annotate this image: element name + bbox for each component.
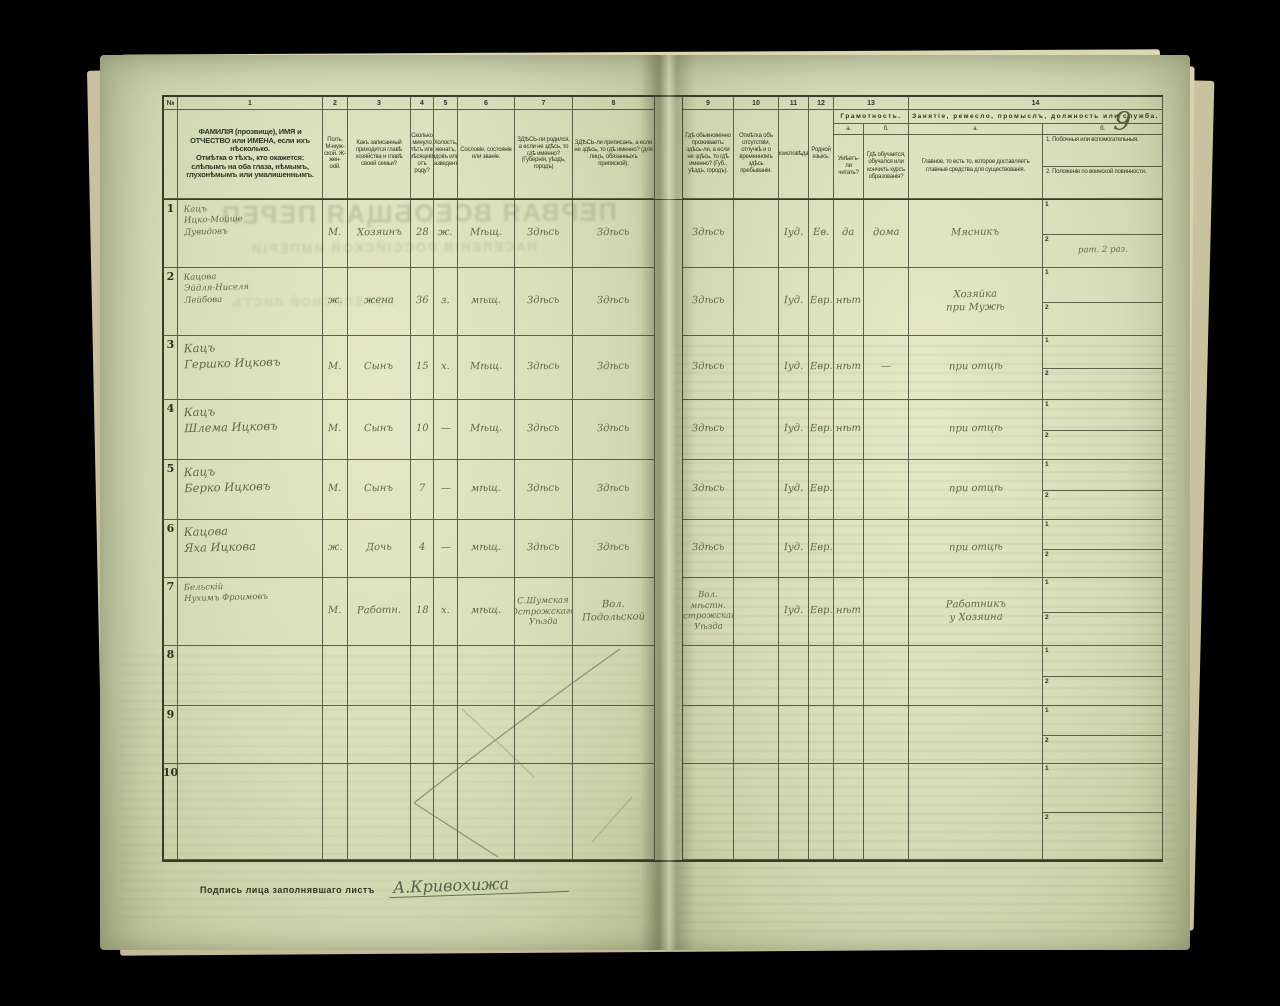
handwritten-entry: дома (873, 227, 900, 240)
table-row: 3Кацъ Гершко ИцковъМ.Сынъ15х.Мѣщ.ЗдѣсьЗд… (162, 336, 1163, 400)
cell-row-number: 1 (162, 200, 178, 268)
cell-born-here (515, 706, 573, 764)
table-row: 812 (162, 646, 1163, 706)
cell-religion: Іуд. (779, 200, 809, 268)
cell-relation (348, 764, 411, 860)
cell-educated (864, 460, 909, 520)
handwritten-entry: Кацова Эйдля-Ниселя Лейбова (184, 271, 250, 307)
header-military-status: 2. Положеніе по воинской повинности. (1043, 166, 1162, 198)
handwritten-entry: Кацъ Ицко-Мойше Дувидовъ (184, 203, 244, 239)
handwritten-entry: 7 (419, 483, 426, 496)
cell-resides (683, 764, 734, 860)
cell-row-number: 10 (162, 764, 178, 860)
handwritten-entry: Вол. мѣстн. Острожскаго Уѣзда (683, 590, 734, 634)
cell-side-occupation-1: 1 (1043, 646, 1162, 676)
side-cell-tick: 2 (1045, 551, 1049, 558)
cell-side-occupation-1: 1 (1043, 336, 1162, 368)
cell-born-here: Здѣсь (515, 268, 573, 336)
handwritten-entry: 28 (416, 227, 429, 240)
handwritten-entry: ж. (328, 542, 343, 555)
header-can-read: Умѣетъ-ли читать? (834, 135, 863, 198)
handwritten-entry: мѣщ. (471, 605, 502, 618)
cell-side-occupation: 12 (1043, 706, 1163, 764)
cell-row-number: 7 (162, 578, 178, 646)
handwritten-entry: Сынъ (364, 423, 393, 436)
side-cell-tick: 1 (1045, 401, 1049, 408)
handwritten-entry: х. (441, 605, 450, 618)
cell-can-read: нѣт (834, 336, 864, 400)
side-cell-tick: 2 (1045, 737, 1049, 744)
cell-estate: Мѣщ. (458, 336, 515, 400)
cell-occupation-main: Мясникъ (909, 200, 1043, 268)
cell-registered-here: Здѣсь (573, 520, 655, 578)
handwritten-entry: Здѣсь (692, 483, 725, 496)
gutter-spacer (655, 460, 683, 520)
cell-sex: М. (323, 200, 348, 268)
handwritten-entry: Евр. (810, 295, 833, 308)
cell-registered-here: Здѣсь (573, 200, 655, 268)
cell-military-status: 2 (1043, 676, 1162, 706)
cell-military-status: 2 (1043, 735, 1162, 764)
cell-registered-here (573, 646, 655, 706)
cell-estate: мѣщ. (458, 578, 515, 646)
cell-sex (323, 764, 348, 860)
cell-name: Кацова Эйдля-Ниселя Лейбова (178, 268, 323, 336)
handwritten-entry: Евр. (810, 483, 833, 496)
handwritten-entry: — (440, 423, 450, 436)
handwritten-entry: Сынъ (364, 483, 393, 496)
handwritten-entry: нѣт (836, 605, 861, 618)
cell-born-here (515, 764, 573, 860)
occupation-a-letter: а. (909, 124, 1042, 135)
gutter-spacer (655, 706, 683, 764)
handwritten-entry: Здѣсь (597, 227, 630, 240)
signature-handwriting: А.Кривохижа (389, 874, 570, 898)
cell-side-occupation: 12 (1043, 336, 1163, 400)
signature-label: Подпись лица заполнявшаго листъ (200, 885, 375, 895)
col-number: 5 (434, 97, 458, 110)
handwritten-entry: при отцѣ (949, 483, 1003, 496)
cell-absence (734, 646, 779, 706)
handwritten-entry: Іуд. (784, 423, 803, 436)
header-literacy-group: Грамотность. а. Умѣетъ-ли читать? б. Гдѣ… (834, 110, 909, 199)
handwritten-entry: Мѣщ. (470, 423, 502, 436)
literacy-b-letter: б. (864, 124, 908, 135)
cell-religion: Іуд. (779, 268, 809, 336)
cell-born-here: Здѣсь (515, 520, 573, 578)
header-age: Сколько минуло лѣтъ или мѣсяцевъ отъ род… (411, 110, 434, 199)
col-number: 11 (779, 97, 809, 110)
cell-absence (734, 400, 779, 460)
handwritten-entry: Здѣсь (597, 423, 630, 436)
cell-side-occupation-1: 1 (1043, 268, 1162, 302)
table-body: 1Кацъ Ицко-Мойше ДувидовъМ.Хозяинъ28ж.Мѣ… (162, 200, 1163, 860)
table-row: 1Кацъ Ицко-Мойше ДувидовъМ.Хозяинъ28ж.Мѣ… (162, 200, 1163, 268)
cell-age: 28 (411, 200, 434, 268)
cell-military-status: 2 (1043, 368, 1162, 400)
handwritten-entry: Ев. (813, 227, 830, 240)
cell-relation: Сынъ (348, 460, 411, 520)
cell-sex: ж. (323, 520, 348, 578)
cell-religion (779, 646, 809, 706)
cell-relation: Хозяинъ (348, 200, 411, 268)
gutter-spacer (655, 336, 683, 400)
cell-side-occupation: 12 (1043, 764, 1163, 860)
handwritten-entry: Кацова Яха Ицкова (184, 523, 257, 556)
cell-occupation-main (909, 764, 1043, 860)
table-row: 5Кацъ Берко ИцковъМ.Сынъ7—мѣщ.ЗдѣсьЗдѣсь… (162, 460, 1163, 520)
cell-side-occupation-1: 1 (1043, 400, 1162, 430)
cell-relation (348, 706, 411, 764)
cell-marital: х. (434, 578, 458, 646)
side-cell-tick: 2 (1045, 678, 1049, 685)
cell-name: Кацъ Берко Ицковъ (178, 460, 323, 520)
cell-can-read: нѣт (834, 400, 864, 460)
cell-military-status: 2 (1043, 430, 1162, 460)
table-row: 6Кацова Яха Ицковаж.Дочь4—мѣщ.ЗдѣсьЗдѣсь… (162, 520, 1163, 578)
cell-born-here: С.Шумская Острожскаго Уѣзда (515, 578, 573, 646)
handwritten-entry: нѣт (836, 361, 861, 374)
cell-estate (458, 764, 515, 860)
cell-occupation-main: Хозяйка при Мужѣ (909, 268, 1043, 336)
handwritten-entry: Іуд. (784, 483, 803, 496)
side-cell-tick: 1 (1045, 337, 1049, 344)
cell-sex: М. (323, 460, 348, 520)
col-number: 2 (323, 97, 348, 110)
cell-side-occupation: 12 (1043, 400, 1163, 460)
handwritten-entry: Кацъ Шлема Ицковъ (184, 403, 278, 437)
cell-relation: Сынъ (348, 336, 411, 400)
cell-row-number: 2 (162, 268, 178, 336)
cell-occupation-main: при отцѣ (909, 336, 1043, 400)
cell-age (411, 764, 434, 860)
handwritten-entry: Мѣщ. (470, 227, 502, 240)
cell-marital (434, 706, 458, 764)
cell-religion: Іуд. (779, 578, 809, 646)
cell-estate (458, 706, 515, 764)
handwritten-entry: Хозяинъ (356, 227, 401, 240)
cell-absence (734, 460, 779, 520)
header-language: Родной языкъ. (809, 110, 834, 199)
header-sex: Полъ. М-муж-ской. Ж-жен-скій. (323, 110, 348, 199)
col-number: 13 (834, 97, 909, 110)
header-educated: Гдѣ обучается, обучался или кончилъ курс… (864, 135, 908, 198)
cell-age (411, 646, 434, 706)
handwritten-entry: мѣщ. (471, 542, 502, 555)
handwritten-entry: С.Шумская Острожскаго Уѣзда (515, 595, 573, 628)
cell-can-read (834, 460, 864, 520)
cell-marital (434, 646, 458, 706)
handwritten-entry: Хозяйка при Мужѣ (946, 288, 1005, 314)
cell-educated (864, 268, 909, 336)
cell-side-occupation: 12 (1043, 268, 1163, 336)
occupation-b-letter: б. (1043, 124, 1162, 135)
cell-born-here: Здѣсь (515, 460, 573, 520)
gutter-spacer (655, 110, 683, 199)
cell-educated (864, 578, 909, 646)
cell-estate: мѣщ. (458, 268, 515, 336)
handwritten-entry: мѣщ. (471, 483, 502, 496)
cell-marital: — (434, 520, 458, 578)
cell-sex: М. (323, 578, 348, 646)
book-spread: ПЕРВАЯ ВСЕОБЩАЯ ПЕРЕП НАСЕЛЕНІЯ РОССІЙСК… (100, 55, 1190, 950)
handwritten-entry: Здѣсь (527, 483, 560, 496)
gutter-spacer (655, 97, 683, 110)
handwritten-entry: з. (441, 295, 450, 308)
cell-side-occupation: 12 (1043, 520, 1163, 578)
handwritten-entry: Евр. (810, 423, 833, 436)
handwritten-entry: Здѣсь (597, 483, 630, 496)
handwritten-entry: М. (328, 361, 342, 374)
col-number: 9 (683, 97, 734, 110)
table-row: 2Кацова Эйдля-Ниселя Лейбоваж.жена36з.мѣ… (162, 268, 1163, 336)
gutter-spacer (655, 520, 683, 578)
handwritten-entry: Вол. Подольской (582, 598, 645, 624)
cell-religion: Іуд. (779, 336, 809, 400)
side-cell-tick: 1 (1045, 765, 1049, 772)
handwritten-entry: Здѣсь (527, 542, 560, 555)
cell-religion (779, 764, 809, 860)
col-number: 10 (734, 97, 779, 110)
cell-name (178, 706, 323, 764)
cell-military-status: 2 (1043, 302, 1162, 336)
handwritten-entry: Кацъ Гершко Ицковъ (184, 339, 281, 373)
handwritten-entry: Здѣсь (597, 542, 630, 555)
cell-relation: Дочь (348, 520, 411, 578)
header-absence: Отмѣтка объ отсутствіи, отлучкѣ и о врем… (734, 110, 779, 199)
cell-age: 7 (411, 460, 434, 520)
handwritten-entry: Іуд. (784, 542, 803, 555)
cell-resides: Вол. мѣстн. Острожскаго Уѣзда (683, 578, 734, 646)
handwritten-entry: рат. 2 раз. (1077, 245, 1127, 256)
cell-language (809, 764, 834, 860)
cell-row-number: 4 (162, 400, 178, 460)
side-cell-tick: 2 (1045, 614, 1049, 621)
cell-name: Кацова Яха Ицкова (178, 520, 323, 578)
side-cell-tick: 1 (1045, 521, 1049, 528)
cell-estate: мѣщ. (458, 520, 515, 578)
handwritten-entry: Сынъ (364, 361, 393, 374)
header-occupation-side: 1. Побочныя или вспомогательныя. (1043, 135, 1162, 166)
handwritten-entry: 18 (416, 605, 429, 618)
column-number-strip: № 1 2 3 4 5 6 7 8 9 10 11 12 13 14 (162, 97, 1163, 110)
cell-marital: х. (434, 336, 458, 400)
cell-can-read (834, 764, 864, 860)
cell-registered-here: Здѣсь (573, 268, 655, 336)
cell-age: 15 (411, 336, 434, 400)
cell-religion: Іуд. (779, 520, 809, 578)
signature-row: Подпись лица заполнявшаго листъ А.Кривох… (200, 877, 569, 895)
cell-relation: Сынъ (348, 400, 411, 460)
cell-name: Кацъ Гершко Ицковъ (178, 336, 323, 400)
gutter-spacer (655, 200, 683, 268)
cell-absence (734, 706, 779, 764)
cell-language (809, 706, 834, 764)
handwritten-entry: ж. (438, 227, 453, 240)
cell-can-read: нѣт (834, 268, 864, 336)
handwritten-entry: Іуд. (784, 227, 803, 240)
side-cell-tick: 2 (1045, 236, 1049, 243)
cell-side-occupation-1: 1 (1043, 460, 1162, 490)
side-cell-tick: 2 (1045, 304, 1049, 311)
header-estate: Сословіе, состояніе или званіе. (458, 110, 515, 199)
cell-educated (864, 520, 909, 578)
cell-can-read (834, 520, 864, 578)
handwritten-entry: Іуд. (784, 605, 803, 618)
handwritten-entry: М. (328, 483, 342, 496)
header-marital: Холостъ, женатъ, вдовъ или разведенъ. (434, 110, 458, 199)
header-resides: Гдѣ обыкновенно проживаетъ: здѣсь-ли, а … (683, 110, 734, 199)
header-occupation-main: Главное, то есть то, которое доставляетъ… (909, 135, 1042, 198)
side-cell-tick: 1 (1045, 707, 1049, 714)
cell-age: 10 (411, 400, 434, 460)
cell-marital: з. (434, 268, 458, 336)
header-rownum (162, 110, 178, 199)
handwritten-entry: при отцѣ (949, 542, 1003, 555)
header-relation: Какъ записанный приходится главѣ хозяйст… (348, 110, 411, 199)
side-cell-tick: 1 (1045, 647, 1049, 654)
cell-military-status: 2 (1043, 490, 1162, 520)
table-row: 4Кацъ Шлема ИцковъМ.Сынъ10—Мѣщ.ЗдѣсьЗдѣс… (162, 400, 1163, 460)
cell-educated: дома (864, 200, 909, 268)
table-header: ФАМИЛІЯ (прозвище), ИМЯ и ОТЧЕСТВО или И… (162, 110, 1163, 200)
cell-language: Евр. (809, 460, 834, 520)
cell-registered-here: Вол. Подольской (573, 578, 655, 646)
cell-side-occupation: 12 (1043, 646, 1163, 706)
cell-absence (734, 520, 779, 578)
cell-estate: Мѣщ. (458, 400, 515, 460)
cell-occupation-main: Работникъ у Хозяина (909, 578, 1043, 646)
cell-estate (458, 646, 515, 706)
cell-side-occupation: 12 (1043, 578, 1163, 646)
cell-occupation-main: при отцѣ (909, 460, 1043, 520)
cell-age (411, 706, 434, 764)
cell-registered-here: Здѣсь (573, 460, 655, 520)
cell-educated: — (864, 336, 909, 400)
census-table: № 1 2 3 4 5 6 7 8 9 10 11 12 13 14 ФАМИЛ (162, 95, 1163, 862)
handwritten-entry: — (440, 542, 450, 555)
side-cell-tick: 2 (1045, 370, 1049, 377)
col-number: 4 (411, 97, 434, 110)
cell-absence (734, 336, 779, 400)
cell-religion: Іуд. (779, 400, 809, 460)
col-number: 7 (515, 97, 573, 110)
cell-sex (323, 646, 348, 706)
handwritten-entry: Іуд. (784, 361, 803, 374)
cell-side-occupation-1: 1 (1043, 764, 1162, 812)
cell-language: Евр. (809, 400, 834, 460)
cell-resides: Здѣсь (683, 200, 734, 268)
handwritten-entry: Мѣщ. (470, 361, 502, 374)
cell-occupation-main: при отцѣ (909, 520, 1043, 578)
cell-language: Евр. (809, 268, 834, 336)
literacy-group-title: Грамотность. (834, 110, 908, 124)
cell-side-occupation-1: 1 (1043, 520, 1162, 549)
cell-language: Евр. (809, 336, 834, 400)
header-name: ФАМИЛІЯ (прозвище), ИМЯ и ОТЧЕСТВО или И… (178, 110, 323, 199)
cell-side-occupation-1: 1 (1043, 706, 1162, 735)
cell-row-number: 6 (162, 520, 178, 578)
cell-side-occupation: 12рат. 2 раз. (1043, 200, 1163, 268)
cell-registered-here: Здѣсь (573, 336, 655, 400)
cell-military-status: 2 (1043, 812, 1162, 860)
cell-name (178, 646, 323, 706)
handwritten-entry: М. (328, 423, 342, 436)
cell-absence (734, 764, 779, 860)
handwritten-entry: Здѣсь (692, 423, 725, 436)
cell-registered-here (573, 706, 655, 764)
cell-registered-here: Здѣсь (573, 400, 655, 460)
handwritten-entry: — (440, 483, 450, 496)
col-number: 12 (809, 97, 834, 110)
cell-religion (779, 706, 809, 764)
cell-can-read (834, 706, 864, 764)
col-number: 1 (178, 97, 323, 110)
handwritten-entry: мѣщ. (471, 295, 502, 308)
cell-born-here: Здѣсь (515, 200, 573, 268)
handwritten-entry: Іуд. (784, 295, 803, 308)
col-number: 8 (573, 97, 655, 110)
cell-registered-here (573, 764, 655, 860)
cell-row-number: 5 (162, 460, 178, 520)
cell-can-read: нѣт (834, 578, 864, 646)
cell-military-status: 2 (1043, 612, 1162, 646)
handwritten-entry: Здѣсь (527, 295, 560, 308)
cell-resides: Здѣсь (683, 400, 734, 460)
handwritten-entry: 10 (416, 423, 429, 436)
gutter-spacer (655, 400, 683, 460)
handwritten-entry: Здѣсь (692, 295, 725, 308)
gutter-spacer (655, 268, 683, 336)
cell-educated (864, 706, 909, 764)
cell-row-number: 3 (162, 336, 178, 400)
cell-side-occupation-1: 1 (1043, 578, 1162, 612)
cell-occupation-main: при отцѣ (909, 400, 1043, 460)
cell-age: 18 (411, 578, 434, 646)
handwritten-entry: Здѣсь (692, 227, 725, 240)
header-registered: ЗДѢСЬ-ли приписанъ, а если не здѣсь, то … (573, 110, 655, 199)
cell-relation (348, 646, 411, 706)
table-row: 7Бельскій Нухимъ ФроимовъМ.Работн.18х.мѣ… (162, 578, 1163, 646)
cell-name: Кацъ Ицко-Мойше Дувидовъ (178, 200, 323, 268)
cell-marital: — (434, 400, 458, 460)
cell-military-status: 2рат. 2 раз. (1043, 234, 1162, 268)
cell-age: 36 (411, 268, 434, 336)
cell-marital (434, 764, 458, 860)
handwritten-entry: Здѣсь (527, 227, 560, 240)
handwritten-entry: — (881, 361, 891, 374)
handwritten-entry: Здѣсь (597, 361, 630, 374)
cell-resides: Здѣсь (683, 460, 734, 520)
table-row: 1012 (162, 764, 1163, 860)
handwritten-entry: Работн. (357, 605, 401, 618)
handwritten-entry: нѣт (836, 423, 861, 436)
cell-language: Евр. (809, 520, 834, 578)
cell-relation: Работн. (348, 578, 411, 646)
handwritten-entry: нѣт (836, 295, 861, 308)
cell-side-occupation: 12 (1043, 460, 1163, 520)
cell-absence (734, 578, 779, 646)
handwritten-entry: ж. (328, 295, 343, 308)
handwritten-entry: М. (328, 227, 342, 240)
cell-marital: ж. (434, 200, 458, 268)
cell-name: Бельскій Нухимъ Фроимовъ (178, 578, 323, 646)
cell-educated (864, 400, 909, 460)
handwritten-entry: да (842, 227, 855, 240)
handwritten-entry: Евр. (810, 542, 833, 555)
cell-row-number: 8 (162, 646, 178, 706)
cell-name: Кацъ Шлема Ицковъ (178, 400, 323, 460)
